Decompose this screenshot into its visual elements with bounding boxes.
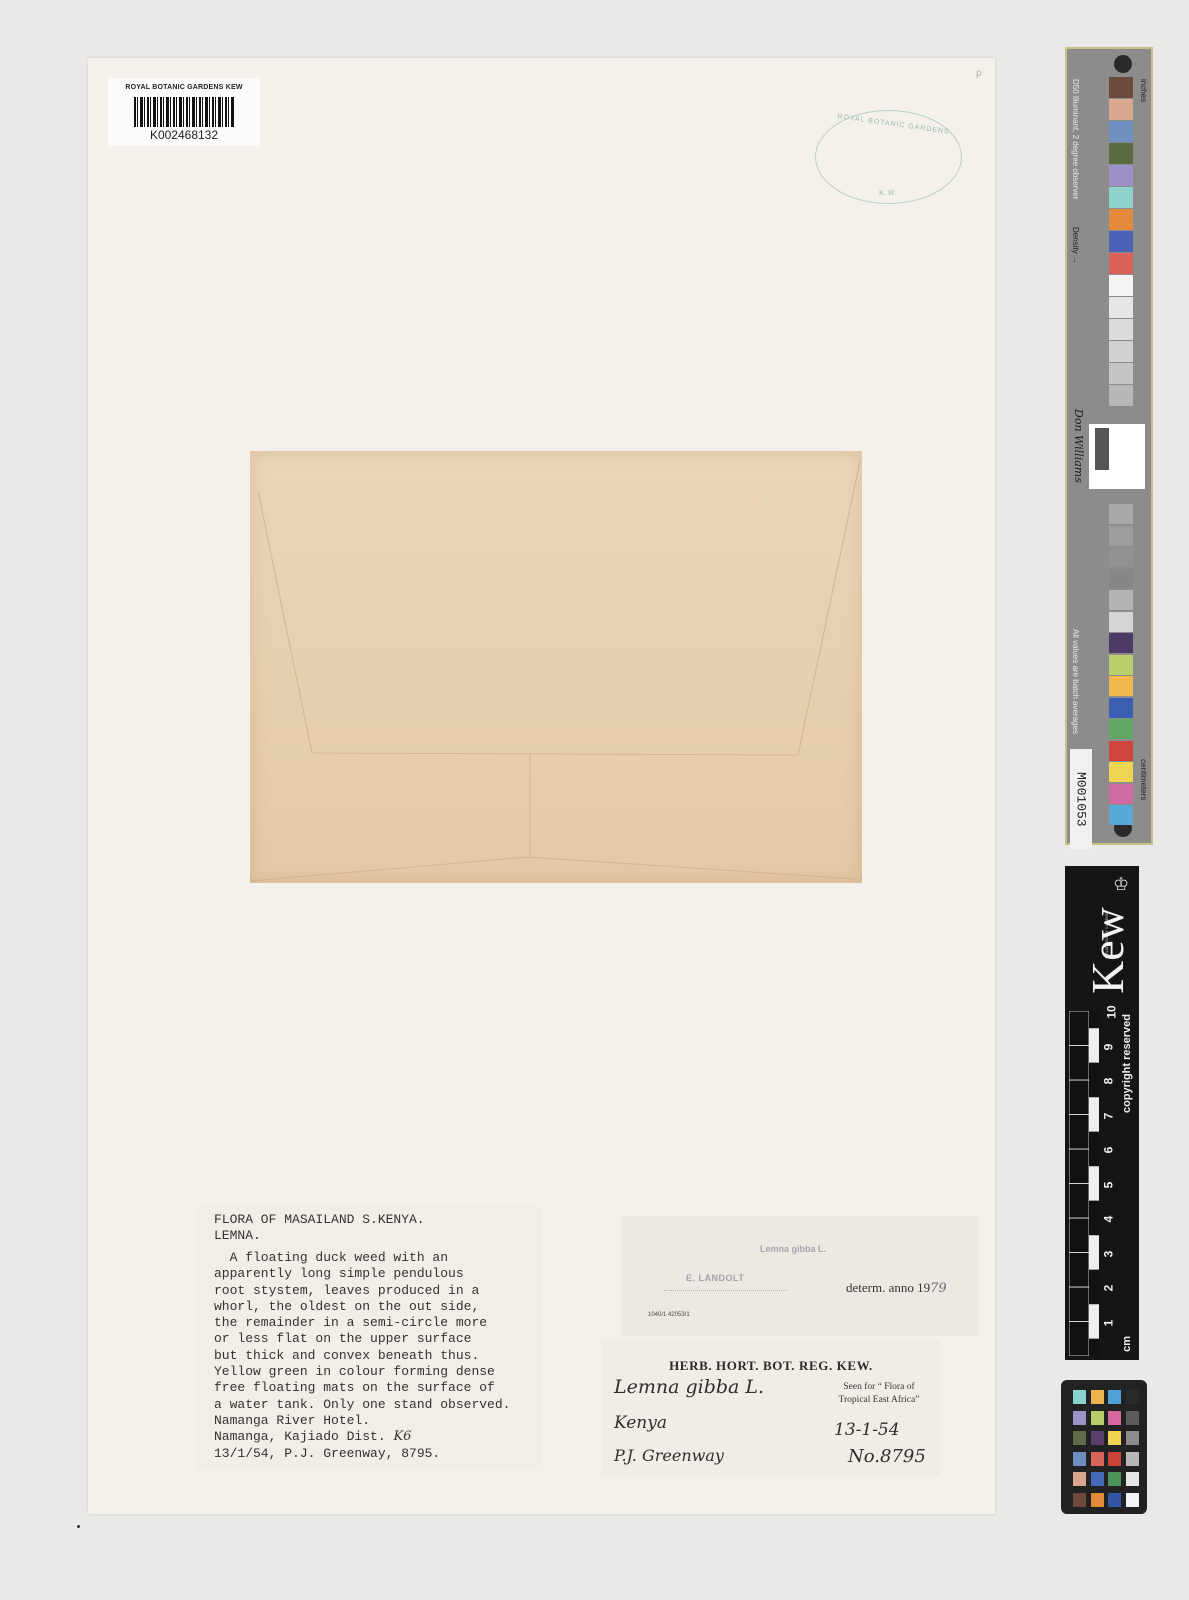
color-swatch	[1109, 77, 1133, 98]
color-swatch	[1109, 143, 1133, 164]
color-chip	[1073, 1472, 1086, 1486]
header-line: LEMNA.	[214, 1228, 425, 1244]
resolution-target	[1089, 424, 1145, 489]
color-chip	[1091, 1472, 1104, 1486]
color-chip	[1108, 1390, 1121, 1404]
color-swatch	[1109, 805, 1133, 825]
color-swatch	[1109, 187, 1133, 208]
kew-logo: Kew	[1081, 907, 1134, 994]
stamp-bottom-text: K.W.	[816, 190, 961, 197]
color-swatch	[1109, 504, 1133, 524]
brand-label: Don Williams	[1072, 409, 1085, 483]
color-chip	[1073, 1493, 1086, 1507]
color-swatch	[1109, 319, 1133, 340]
country-handwritten: Kenya	[614, 1413, 667, 1433]
desc-line: whorl, the oldest on the out side,	[214, 1299, 510, 1315]
color-swatch	[1109, 341, 1133, 362]
ruler-tick-label: 9	[1101, 1043, 1115, 1050]
color-swatch	[1109, 569, 1133, 589]
collection-label: FLORA OF MASAILAND S.KENYA. LEMNA. A flo…	[197, 1206, 542, 1470]
color-swatch	[1109, 633, 1133, 653]
color-chip	[1126, 1493, 1139, 1507]
herbarium-label: HERB. HORT. BOT. REG. KEW. Lemna gibba L…	[602, 1340, 940, 1476]
institution-name: ROYAL BOTANIC GARDENS KEW	[108, 84, 260, 91]
herbarium-stamp: ROYAL BOTANIC GARDENS K.W.	[815, 110, 962, 204]
color-swatch	[1109, 385, 1133, 406]
copyright-label: copyright reserved	[1121, 1014, 1133, 1113]
color-swatch	[1109, 275, 1133, 296]
color-chip	[1108, 1431, 1121, 1445]
ruler-tick-label: 6	[1101, 1147, 1115, 1154]
collection-description: A floating duck weed with anapparently l…	[214, 1250, 510, 1462]
target-id: M001053	[1070, 749, 1092, 849]
specimen-envelope	[250, 451, 862, 883]
desc-line: a water tank. Only one stand observed.	[214, 1397, 510, 1413]
collection-header: FLORA OF MASAILAND S.KENYA. LEMNA.	[214, 1212, 425, 1245]
envelope-fold-lines-icon	[250, 451, 862, 883]
unit-label: cm	[1121, 1336, 1133, 1352]
desc-line: root stystem, leaves produced in a	[214, 1283, 510, 1299]
header-line: FLORA OF MASAILAND S.KENYA.	[214, 1212, 425, 1228]
color-calibration-bar: inches centimeters D50 Illuminant, 2 deg…	[1065, 47, 1153, 845]
color-swatch	[1109, 784, 1133, 804]
color-swatch	[1109, 526, 1133, 546]
color-chip	[1091, 1493, 1104, 1507]
color-chip	[1108, 1452, 1121, 1466]
color-swatch	[1109, 363, 1133, 384]
color-chip	[1073, 1411, 1086, 1425]
color-swatch	[1109, 165, 1133, 186]
desc-line: but thick and convex beneath thus.	[214, 1348, 510, 1364]
desc-line: or less flat on the upper surface	[214, 1331, 510, 1347]
region-code-handwritten: K6	[393, 1429, 411, 1444]
desc-line: Yellow green in colour forming dense	[214, 1364, 510, 1380]
reference-numbers: 1040/1 42053/1	[648, 1312, 690, 1318]
date-handwritten: 13-1-54	[834, 1420, 900, 1440]
color-swatch	[1109, 547, 1133, 567]
color-chip	[1126, 1411, 1139, 1425]
locality-text: Namanga, Kajiado Dist.	[214, 1429, 386, 1444]
number-handwritten: No.8795	[848, 1446, 926, 1467]
color-chip	[1126, 1452, 1139, 1466]
color-swatch	[1109, 612, 1133, 632]
corner-pencil-mark: ρ	[976, 68, 982, 79]
color-chip	[1126, 1390, 1139, 1404]
collector-handwritten: P.J. Greenway	[614, 1446, 724, 1465]
color-chip	[1073, 1431, 1086, 1445]
color-swatch	[1109, 676, 1133, 696]
determination-label: Lemna gibba L. E. LANDOLT determ. anno 1…	[622, 1216, 978, 1336]
color-swatch	[1109, 741, 1133, 761]
ruler-tick-label: 10	[1105, 1005, 1119, 1018]
determ-prefix: determ. anno 19	[846, 1280, 930, 1295]
dotted-line	[664, 1290, 788, 1291]
barcode-icon	[134, 97, 234, 127]
color-swatch	[1109, 297, 1133, 318]
desc-line: Namanga River Hotel.	[214, 1413, 510, 1429]
dust-speck	[77, 1525, 80, 1528]
desc-line: Namanga, Kajiado Dist. K6	[214, 1429, 510, 1445]
taxon-handwritten: Lemna gibba L.	[614, 1376, 764, 1398]
collection-line: 13/1/54, P.J. Greenway, 8795.	[214, 1446, 510, 1462]
ruler-tick-label: 8	[1101, 1078, 1115, 1085]
color-chip	[1091, 1411, 1104, 1425]
determined-taxon: Lemna gibba L.	[760, 1244, 826, 1254]
color-swatch	[1109, 590, 1133, 610]
ruler-tick-label: 3	[1101, 1250, 1115, 1257]
color-chip	[1091, 1390, 1104, 1404]
determ-year-handwritten: 79	[930, 1281, 947, 1296]
color-chip	[1073, 1452, 1086, 1466]
color-chip	[1108, 1472, 1121, 1486]
centimeters-label: centimeters	[1139, 759, 1148, 800]
barcode-number: K002468132	[108, 128, 260, 142]
flora-note-line: Seen for “ Flora of	[820, 1381, 938, 1394]
illuminant-label: D50 Illuminant, 2 degree observer	[1071, 79, 1080, 200]
ruler-tick-label: 7	[1101, 1112, 1115, 1119]
color-swatch	[1109, 253, 1133, 274]
ruler-tick-label: 1	[1101, 1319, 1115, 1326]
color-swatch	[1109, 209, 1133, 230]
ruler-tick-label: 2	[1101, 1285, 1115, 1292]
color-chip	[1091, 1431, 1104, 1445]
flora-note: Seen for “ Flora of Tropical East Africa…	[820, 1381, 938, 1407]
color-chip	[1126, 1472, 1139, 1486]
color-swatch	[1109, 762, 1133, 782]
kew-scale-bar: ♔ Royal Botanic Gardens Kew 12345678910 …	[1065, 866, 1139, 1360]
barcode-label: ROYAL BOTANIC GARDENS KEW K002468132	[108, 78, 260, 146]
color-chip	[1108, 1493, 1121, 1507]
desc-line: free floating mats on the surface of	[214, 1380, 510, 1396]
desc-line: apparently long simple pendulous	[214, 1266, 510, 1282]
cm-ruler-icon	[1069, 1011, 1101, 1356]
kew-crest-icon: ♔	[1113, 874, 1133, 900]
determination-year: determ. anno 1979	[846, 1280, 947, 1296]
flora-note-line: Tropical East Africa”	[820, 1394, 938, 1407]
ruler-tick-label: 4	[1101, 1216, 1115, 1223]
color-chip	[1073, 1390, 1086, 1404]
color-checker-card	[1061, 1380, 1147, 1514]
color-chip	[1091, 1452, 1104, 1466]
density-label: Density →	[1071, 227, 1080, 264]
values-label: All values are batch averages	[1071, 629, 1080, 734]
ruler-tick-label: 5	[1101, 1181, 1115, 1188]
color-swatch	[1109, 655, 1133, 675]
color-swatch	[1109, 698, 1133, 718]
registration-dot-icon	[1114, 55, 1132, 73]
target-block	[1095, 428, 1109, 470]
herbarium-title: HERB. HORT. BOT. REG. KEW.	[602, 1358, 940, 1374]
inches-label: inches	[1139, 79, 1148, 102]
color-chip	[1108, 1411, 1121, 1425]
color-swatch	[1109, 121, 1133, 142]
ruler-numbers: 12345678910	[1105, 1011, 1121, 1356]
color-swatch	[1109, 719, 1133, 739]
desc-line: the remainder in a semi-circle more	[214, 1315, 510, 1331]
color-swatch	[1109, 231, 1133, 252]
color-swatch	[1109, 99, 1133, 120]
color-chip	[1126, 1431, 1139, 1445]
determiner-name: E. LANDOLT	[686, 1273, 744, 1283]
desc-line: A floating duck weed with an	[214, 1250, 510, 1266]
